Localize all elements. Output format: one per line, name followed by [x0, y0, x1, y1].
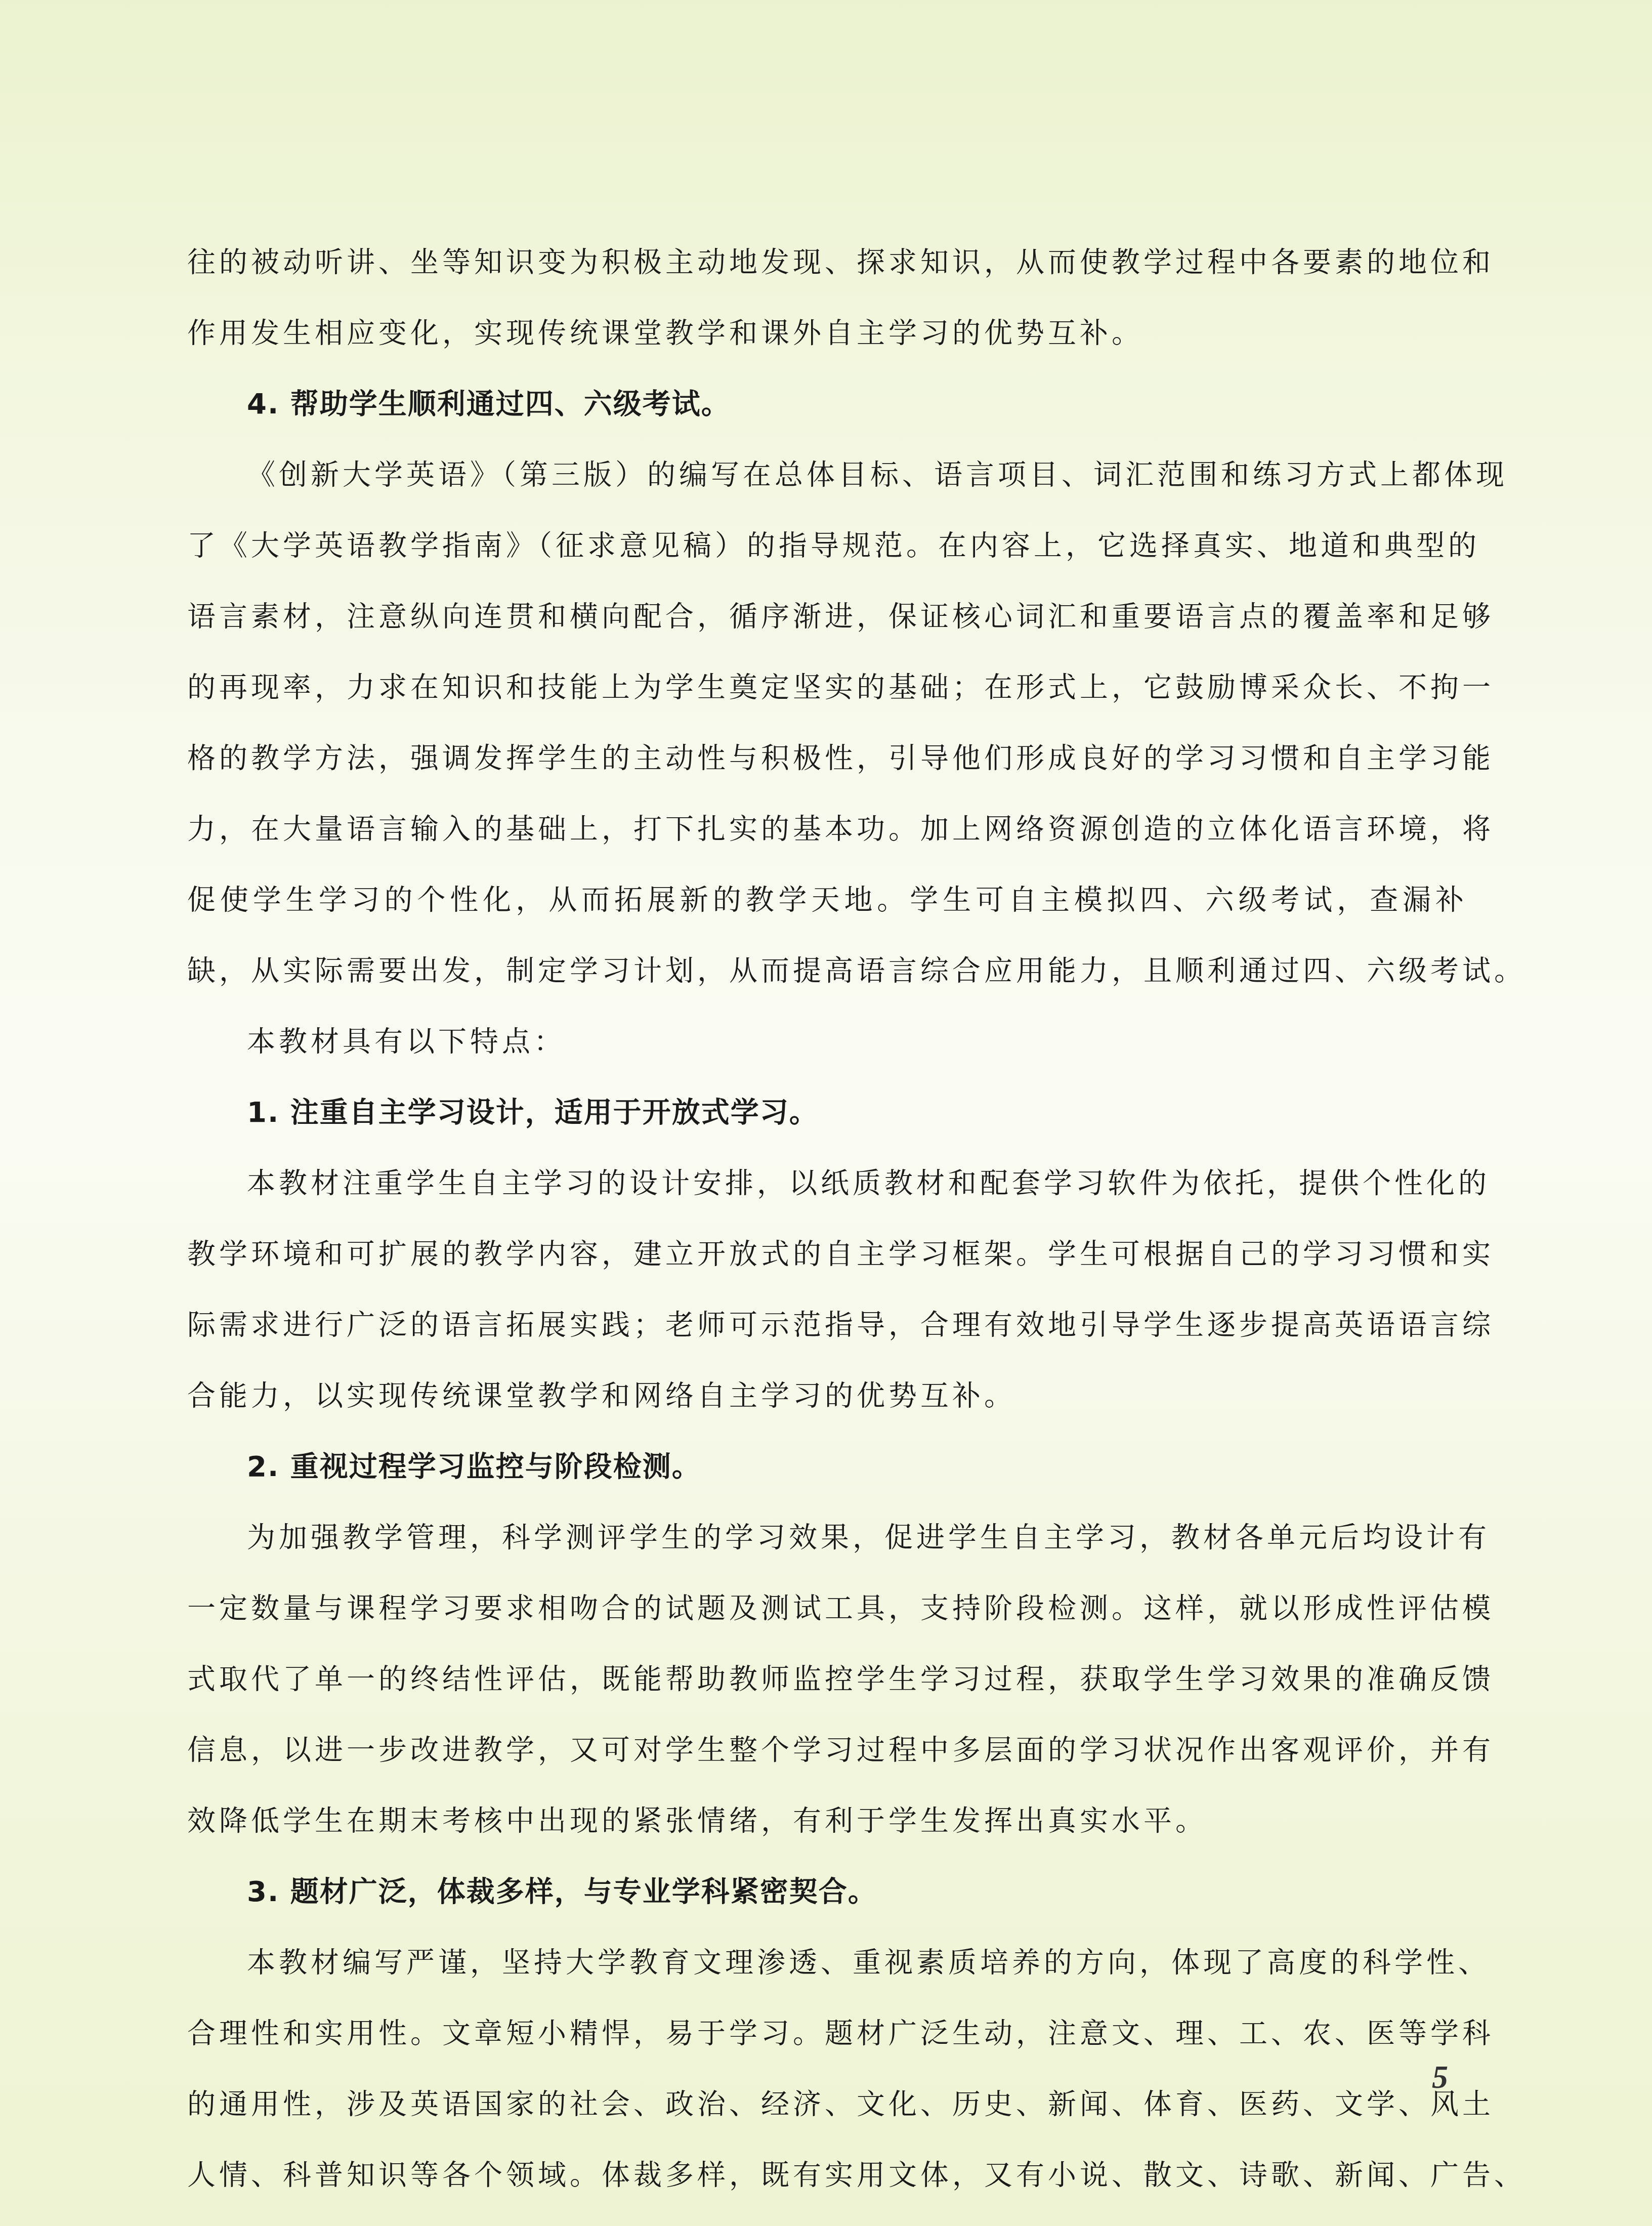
paragraph-line: 《创新大学英语》（第三版）的编写在总体目标、语言项目、词汇范围和练习方式上都体现 [187, 450, 1467, 521]
paragraph-line: 语言素材，注意纵向连贯和横向配合，循序渐进，保证核心词汇和重要语言点的覆盖率和足… [187, 592, 1467, 663]
paragraph-line: 本教材注重学生自主学习的设计安排，以纸质教材和配套学习软件为依托，提供个性化的 [187, 1159, 1467, 1230]
paragraph-line: 的通用性，涉及英语国家的社会、政治、经济、文化、历史、新闻、体育、医药、文学、风… [187, 2080, 1467, 2151]
paragraph-line: 作用发生相应变化，实现传统课堂教学和课外自主学习的优势互补。 [187, 309, 1467, 380]
paragraph-line: 教学环境和可扩展的教学内容，建立开放式的自主学习框架。学生可根据自己的学习习惯和… [187, 1230, 1467, 1300]
paragraph-line: 了《大学英语教学指南》（征求意见稿）的指导规范。在内容上，它选择真实、地道和典型… [187, 521, 1467, 592]
section-heading-1: 1. 注重自主学习设计，适用于开放式学习。 [187, 1088, 1467, 1159]
paragraph-line: 本教材编写严谨，坚持大学教育文理渗透、重视素质培养的方向，体现了高度的科学性、 [187, 1938, 1467, 2009]
paragraph-line: 效降低学生在期末考核中出现的紧张情绪，有利于学生发挥出真实水平。 [187, 1796, 1467, 1867]
paragraph-line: 缺，从实际需要出发，制定学习计划，从而提高语言综合应用能力，且顺利通过四、六级考… [187, 946, 1467, 1017]
paragraph-line: 往的被动听讲、坐等知识变为积极主动地发现、探求知识，从而使教学过程中各要素的地位… [187, 238, 1467, 309]
section-heading-3: 3. 题材广泛，体裁多样，与专业学科紧密契合。 [187, 1867, 1467, 1938]
paragraph-line: 的再现率，力求在知识和技能上为学生奠定坚实的基础；在形式上，它鼓励博采众长、不拘… [187, 663, 1467, 734]
paragraph-line: 格的教学方法，强调发挥学生的主动性与积极性，引导他们形成良好的学习习惯和自主学习… [187, 734, 1467, 805]
paragraph-line: 式取代了单一的终结性评估，既能帮助教师监控学生学习过程，获取学生学习效果的准确反… [187, 1655, 1467, 1726]
paragraph-line: 为加强教学管理，科学测评学生的学习效果，促进学生自主学习，教材各单元后均设计有 [187, 1513, 1467, 1584]
paragraph-line: 合理性和实用性。文章短小精悍，易于学习。题材广泛生动，注意文、理、工、农、医等学… [187, 2009, 1467, 2080]
page-number: 5 [1432, 2059, 1448, 2096]
paragraph-line: 信息，以进一步改进教学，又可对学生整个学习过程中多层面的学习状况作出客观评价，并… [187, 1726, 1467, 1796]
paragraph-line: 人情、科普知识等各个领域。体裁多样，既有实用文体，又有小说、散文、诗歌、新闻、广… [187, 2151, 1467, 2221]
paragraph-line: 力，在大量语言输入的基础上，打下扎实的基本功。加上网络资源创造的立体化语言环境，… [187, 805, 1467, 875]
page-body: 往的被动听讲、坐等知识变为积极主动地发现、探求知识，从而使教学过程中各要素的地位… [187, 238, 1467, 2221]
paragraph-line: 一定数量与课程学习要求相吻合的试题及测试工具，支持阶段检测。这样，就以形成性评估… [187, 1584, 1467, 1655]
paragraph-line: 合能力，以实现传统课堂教学和网络自主学习的优势互补。 [187, 1371, 1467, 1442]
features-intro: 本教材具有以下特点： [187, 1017, 1467, 1088]
paragraph-line: 际需求进行广泛的语言拓展实践；老师可示范指导，合理有效地引导学生逐步提高英语语言… [187, 1300, 1467, 1371]
section-heading-4: 4. 帮助学生顺利通过四、六级考试。 [187, 380, 1467, 450]
section-heading-2: 2. 重视过程学习监控与阶段检测。 [187, 1442, 1467, 1513]
paragraph-line: 促使学生学习的个性化，从而拓展新的教学天地。学生可自主模拟四、六级考试，查漏补 [187, 875, 1467, 946]
